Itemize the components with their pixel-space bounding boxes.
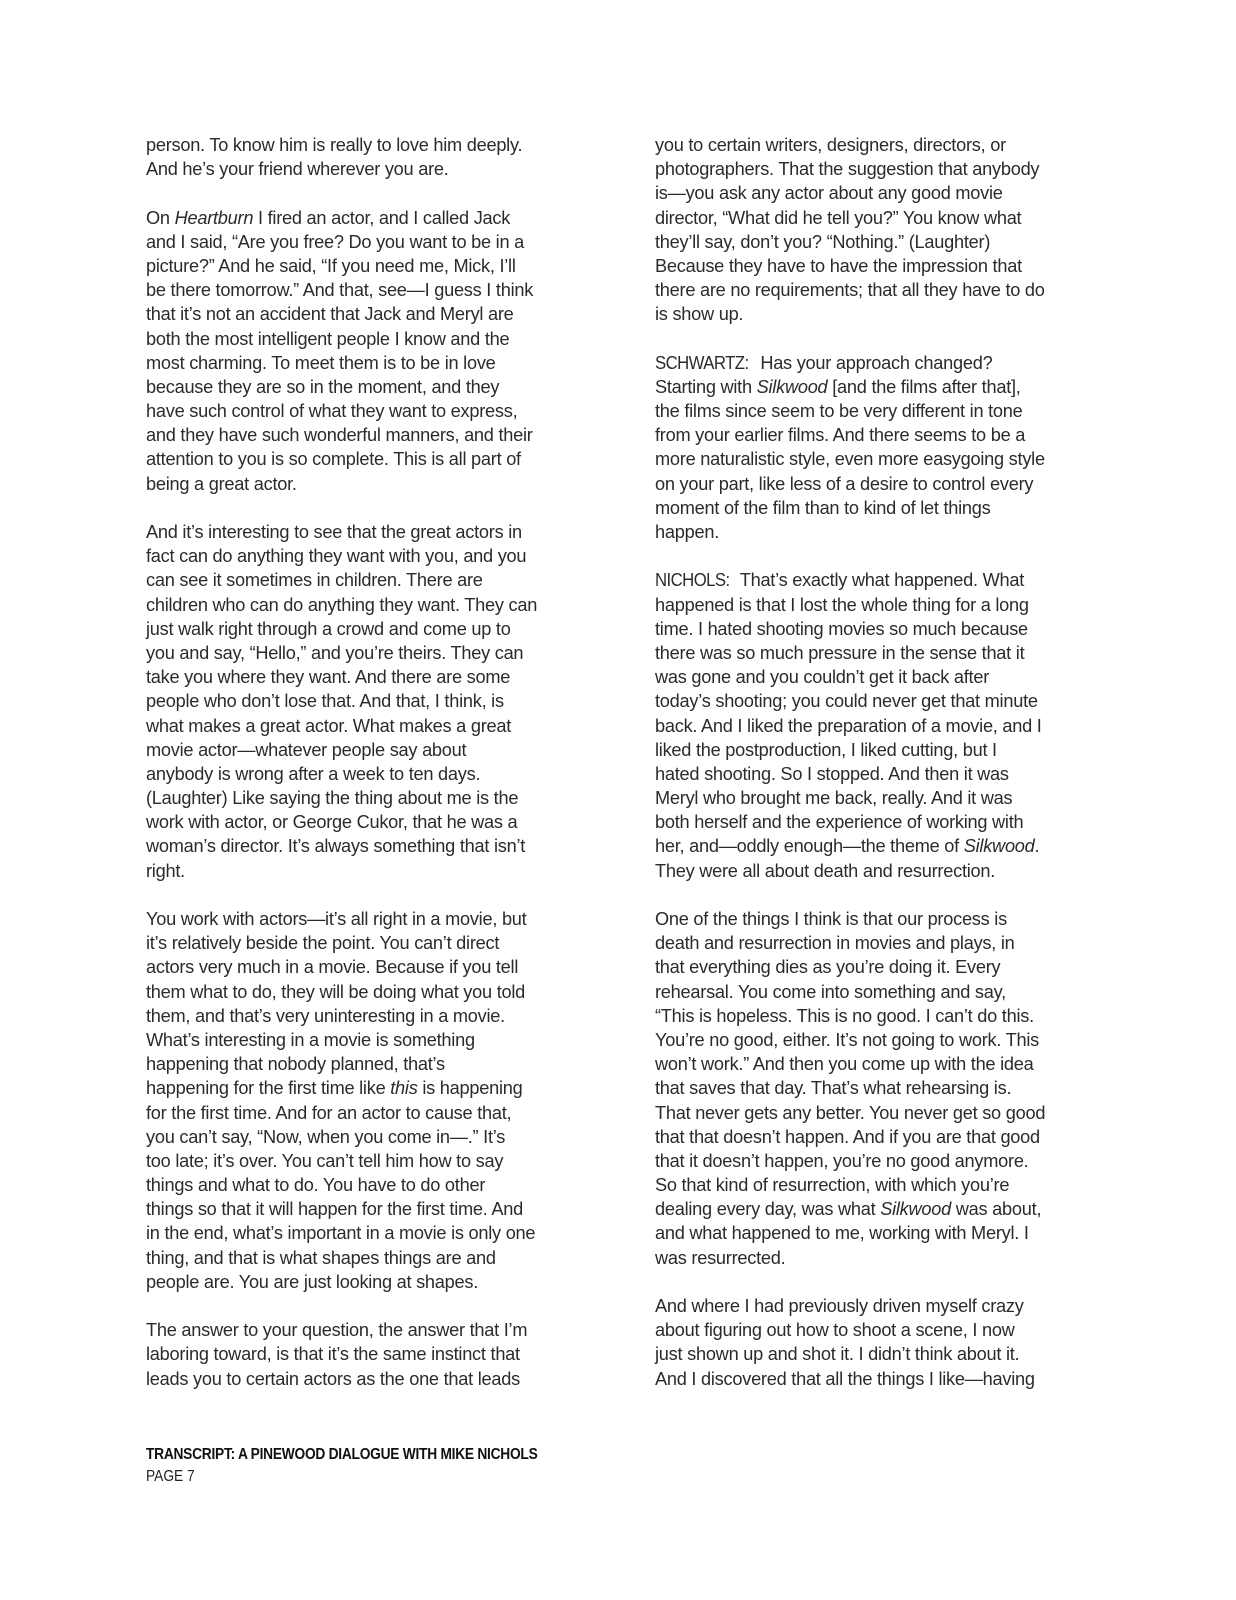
text-fragment: On bbox=[146, 208, 175, 228]
paragraph-gap bbox=[146, 181, 591, 205]
text-line: director, “What did he tell you?” You kn… bbox=[655, 206, 1100, 230]
text-line: The answer to your question, the answer … bbox=[146, 1318, 591, 1342]
paragraph: person. To know him is really to love hi… bbox=[146, 133, 591, 181]
text-line: can see it sometimes in children. There … bbox=[146, 568, 591, 592]
text-fragment: That’s exactly what happened. What bbox=[740, 570, 1024, 590]
text-line: happened is that I lost the whole thing … bbox=[655, 593, 1100, 617]
text-line: And where I had previously driven myself… bbox=[655, 1294, 1100, 1318]
text-line: most charming. To meet them is to be in … bbox=[146, 351, 591, 375]
text-line: “This is hopeless. This is no good. I ca… bbox=[655, 1004, 1100, 1028]
paragraph: The answer to your question, the answer … bbox=[146, 1318, 591, 1391]
text-line: liked the postproduction, I liked cuttin… bbox=[655, 738, 1100, 762]
text-line: happening for the first time like this i… bbox=[146, 1076, 591, 1100]
text-line: laboring toward, is that it’s the same i… bbox=[146, 1342, 591, 1366]
text-line: her, and—oddly enough—the theme of Silkw… bbox=[655, 834, 1100, 858]
text-line: you can’t say, “Now, when you come in—.”… bbox=[146, 1125, 591, 1149]
text-line: children who can do anything they want. … bbox=[146, 593, 591, 617]
text-line: leads you to certain actors as the one t… bbox=[146, 1367, 591, 1391]
text-fragment: [and the films after that], bbox=[827, 377, 1020, 397]
text-line: you to certain writers, designers, direc… bbox=[655, 133, 1100, 157]
document-page: person. To know him is really to love hi… bbox=[0, 0, 1236, 1600]
text-line: They were all about death and resurrecti… bbox=[655, 859, 1100, 883]
text-fragment: Has your approach changed? bbox=[760, 353, 992, 373]
text-line: about figuring out how to shoot a scene,… bbox=[655, 1318, 1100, 1342]
italic-title: Silkwood bbox=[757, 377, 828, 397]
paragraph: You work with actors—it’s all right in a… bbox=[146, 907, 591, 1294]
italic-title: Silkwood bbox=[964, 836, 1035, 856]
text-line: (Laughter) Like saying the thing about m… bbox=[146, 786, 591, 810]
text-line: And I discovered that all the things I l… bbox=[655, 1367, 1100, 1391]
italic-word: this bbox=[390, 1078, 417, 1098]
right-column: you to certain writers, designers, direc… bbox=[655, 133, 1100, 1391]
text-line: hated shooting. So I stopped. And then i… bbox=[655, 762, 1100, 786]
text-line: just walk right through a crowd and come… bbox=[146, 617, 591, 641]
text-line: from your earlier films. And there seems… bbox=[655, 423, 1100, 447]
italic-title: Heartburn bbox=[175, 208, 254, 228]
text-line: dealing every day, was what Silkwood was… bbox=[655, 1197, 1100, 1221]
text-line: rehearsal. You come into something and s… bbox=[655, 980, 1100, 1004]
paragraph-nichols: NICHOLS: That’s exactly what happened. W… bbox=[655, 568, 1100, 882]
paragraph-gap bbox=[146, 1294, 591, 1318]
italic-title: Silkwood bbox=[880, 1199, 951, 1219]
text-line: there are no requirements; that all they… bbox=[655, 278, 1100, 302]
speaker-label: NICHOLS: bbox=[655, 568, 730, 592]
text-line: and they have such wonderful manners, an… bbox=[146, 423, 591, 447]
paragraph-schwartz: SCHWARTZ: Has your approach changed? Sta… bbox=[655, 351, 1100, 545]
paragraph: And it’s interesting to see that the gre… bbox=[146, 520, 591, 883]
paragraph: On Heartburn I fired an actor, and I cal… bbox=[146, 206, 591, 496]
paragraph-gap bbox=[146, 496, 591, 520]
text-line: thing, and that is what shapes things ar… bbox=[146, 1246, 591, 1270]
text-line: NICHOLS: That’s exactly what happened. W… bbox=[655, 568, 1100, 592]
text-line: take you where they want. And there are … bbox=[146, 665, 591, 689]
text-line: One of the things I think is that our pr… bbox=[655, 907, 1100, 931]
text-fragment: is happening bbox=[418, 1078, 523, 1098]
left-column: person. To know him is really to love hi… bbox=[146, 133, 591, 1391]
text-line: what makes a great actor. What makes a g… bbox=[146, 714, 591, 738]
text-line: happening that nobody planned, that’s bbox=[146, 1052, 591, 1076]
paragraph-gap bbox=[146, 883, 591, 907]
text-line: person. To know him is really to love hi… bbox=[146, 133, 591, 157]
text-line: people who don’t lose that. And that, I … bbox=[146, 689, 591, 713]
text-fragment: dealing every day, was what bbox=[655, 1199, 880, 1219]
text-line: things and what to do. You have to do ot… bbox=[146, 1173, 591, 1197]
paragraph: One of the things I think is that our pr… bbox=[655, 907, 1100, 1270]
text-line: anybody is wrong after a week to ten day… bbox=[146, 762, 591, 786]
text-line: it’s relatively beside the point. You ca… bbox=[146, 931, 591, 955]
footer-title: TRANSCRIPT: A PINEWOOD DIALOGUE WITH MIK… bbox=[146, 1444, 537, 1466]
text-line: people are. You are just looking at shap… bbox=[146, 1270, 591, 1294]
paragraph: you to certain writers, designers, direc… bbox=[655, 133, 1100, 327]
text-line: both herself and the experience of worki… bbox=[655, 810, 1100, 834]
text-line: that it’s not an accident that Jack and … bbox=[146, 302, 591, 326]
text-line: today’s shooting; you could never get th… bbox=[655, 689, 1100, 713]
text-line: You work with actors—it’s all right in a… bbox=[146, 907, 591, 931]
text-line: on your part, like less of a desire to c… bbox=[655, 472, 1100, 496]
text-fragment: Starting with bbox=[655, 377, 757, 397]
text-line: Starting with Silkwood [and the films af… bbox=[655, 375, 1100, 399]
text-line: things so that it will happen for the fi… bbox=[146, 1197, 591, 1221]
text-line: they’ll say, don’t you? “Nothing.” (Laug… bbox=[655, 230, 1100, 254]
text-line: just shown up and shot it. I didn’t thin… bbox=[655, 1342, 1100, 1366]
text-line: there was so much pressure in the sense … bbox=[655, 641, 1100, 665]
text-line: movie actor—whatever people say about bbox=[146, 738, 591, 762]
text-line: them what to do, they will be doing what… bbox=[146, 980, 591, 1004]
text-fragment: her, and—oddly enough—the theme of bbox=[655, 836, 964, 856]
text-line: moment of the film than to kind of let t… bbox=[655, 496, 1100, 520]
text-line: And he’s your friend wherever you are. bbox=[146, 157, 591, 181]
text-line: On Heartburn I fired an actor, and I cal… bbox=[146, 206, 591, 230]
text-line: woman’s director. It’s always something … bbox=[146, 834, 591, 858]
paragraph-gap bbox=[655, 883, 1100, 907]
text-line: death and resurrection in movies and pla… bbox=[655, 931, 1100, 955]
text-line: SCHWARTZ: Has your approach changed? bbox=[655, 351, 1100, 375]
text-line: both the most intelligent people I know … bbox=[146, 327, 591, 351]
paragraph-gap bbox=[655, 1270, 1100, 1294]
text-line: photographers. That the suggestion that … bbox=[655, 157, 1100, 181]
text-line: right. bbox=[146, 859, 591, 883]
text-fragment: was about, bbox=[951, 1199, 1041, 1219]
text-line: back. And I liked the preparation of a m… bbox=[655, 714, 1100, 738]
text-line: and I said, “Are you free? Do you want t… bbox=[146, 230, 591, 254]
text-fragment: . bbox=[1035, 836, 1040, 856]
text-line: the films since seem to be very differen… bbox=[655, 399, 1100, 423]
text-line: And it’s interesting to see that the gre… bbox=[146, 520, 591, 544]
text-line: in the end, what’s important in a movie … bbox=[146, 1221, 591, 1245]
text-fragment: happening for the first time like bbox=[146, 1078, 390, 1098]
text-line: is—you ask any actor about any good movi… bbox=[655, 181, 1100, 205]
paragraph-gap bbox=[655, 327, 1100, 351]
text-line: because they are so in the moment, and t… bbox=[146, 375, 591, 399]
text-line: actors very much in a movie. Because if … bbox=[146, 955, 591, 979]
text-line: That never gets any better. You never ge… bbox=[655, 1101, 1100, 1125]
text-line: You’re no good, either. It’s not going t… bbox=[655, 1028, 1100, 1052]
paragraph: And where I had previously driven myself… bbox=[655, 1294, 1100, 1391]
text-line: work with actor, or George Cukor, that h… bbox=[146, 810, 591, 834]
text-line: Meryl who brought me back, really. And i… bbox=[655, 786, 1100, 810]
text-line: you and say, “Hello,” and you’re theirs.… bbox=[146, 641, 591, 665]
text-line: that it doesn’t happen, you’re no good a… bbox=[655, 1149, 1100, 1173]
paragraph-gap bbox=[655, 544, 1100, 568]
text-line: happen. bbox=[655, 520, 1100, 544]
text-line: too late; it’s over. You can’t tell him … bbox=[146, 1149, 591, 1173]
text-line: is show up. bbox=[655, 302, 1100, 326]
text-line: picture?” And he said, “If you need me, … bbox=[146, 254, 591, 278]
page-footer: TRANSCRIPT: A PINEWOOD DIALOGUE WITH MIK… bbox=[146, 1444, 601, 1488]
text-line: fact can do anything they want with you,… bbox=[146, 544, 591, 568]
text-line: for the first time. And for an actor to … bbox=[146, 1101, 591, 1125]
text-line: and what happened to me, working with Me… bbox=[655, 1221, 1100, 1245]
text-line: that saves that day. That’s what rehears… bbox=[655, 1076, 1100, 1100]
text-line: What’s interesting in a movie is somethi… bbox=[146, 1028, 591, 1052]
text-line: more naturalistic style, even more easyg… bbox=[655, 447, 1100, 471]
speaker-label: SCHWARTZ: bbox=[655, 351, 749, 375]
text-line: that that doesn’t happen. And if you are… bbox=[655, 1125, 1100, 1149]
text-line: being a great actor. bbox=[146, 472, 591, 496]
text-line: attention to you is so complete. This is… bbox=[146, 447, 591, 471]
text-fragment: I fired an actor, and I called Jack bbox=[253, 208, 510, 228]
text-line: was gone and you couldn’t get it back af… bbox=[655, 665, 1100, 689]
page-number: PAGE 7 bbox=[146, 1466, 537, 1488]
text-line: So that kind of resurrection, with which… bbox=[655, 1173, 1100, 1197]
text-line: that everything dies as you’re doing it.… bbox=[655, 955, 1100, 979]
text-line: them, and that’s very uninteresting in a… bbox=[146, 1004, 591, 1028]
text-line: was resurrected. bbox=[655, 1246, 1100, 1270]
text-line: have such control of what they want to e… bbox=[146, 399, 591, 423]
text-line: won’t work.” And then you come up with t… bbox=[655, 1052, 1100, 1076]
text-line: be there tomorrow.” And that, see—I gues… bbox=[146, 278, 591, 302]
text-line: Because they have to have the impression… bbox=[655, 254, 1100, 278]
text-line: time. I hated shooting movies so much be… bbox=[655, 617, 1100, 641]
